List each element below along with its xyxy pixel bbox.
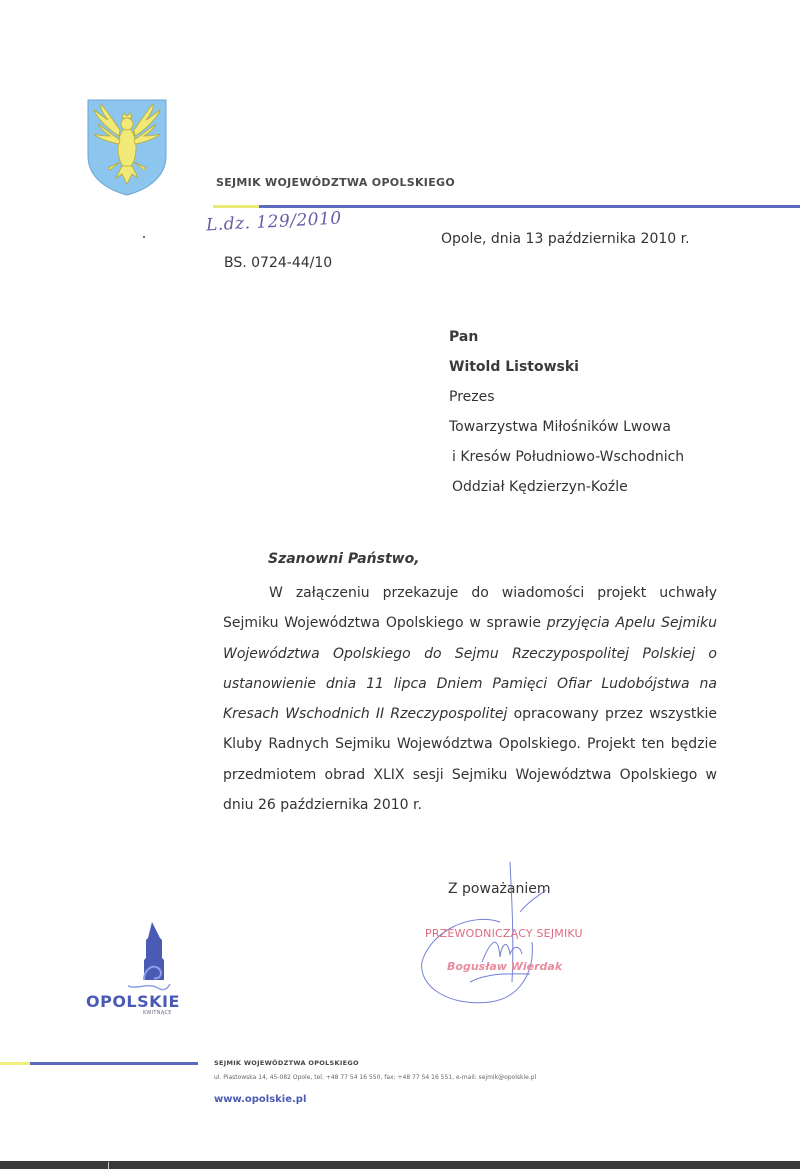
stamp-title: PRZEWODNICZĄCY SEJMIKU bbox=[425, 927, 583, 940]
stamp-name: Bogusław Wierdak bbox=[447, 960, 562, 973]
eagle-coat-of-arms-icon bbox=[86, 98, 168, 196]
organization-name: SEJMIK WOJEWÓDZTWA OPOLSKIEGO bbox=[216, 176, 455, 189]
reference-number: BS. 0724-44/10 bbox=[224, 255, 332, 271]
letter-body: W załączeniu przekazuje do wiadomości pr… bbox=[223, 578, 717, 820]
place-date: Opole, dnia 13 października 2010 r. bbox=[441, 231, 690, 247]
scan-edge-mark bbox=[108, 1162, 109, 1169]
footer-website-link[interactable]: www.opolskie.pl bbox=[214, 1094, 306, 1105]
footer-address: ul. Piastowska 14, 45-082 Opole, tel. +4… bbox=[214, 1074, 536, 1081]
scan-mark bbox=[143, 236, 145, 238]
recipient-org-line-1: Towarzystwa Miłośników Lwowa bbox=[449, 419, 671, 435]
letter-greeting: Szanowni Państwo, bbox=[268, 551, 420, 567]
recipient-name: Witold Listowski bbox=[449, 359, 579, 375]
recipient-org-line-2: i Kresów Południowo-Wschodnich bbox=[452, 449, 684, 465]
opolskie-logo-name: OPOLSKIE bbox=[86, 992, 180, 1011]
footer-accent-line-yellow bbox=[0, 1062, 30, 1065]
footer-organization: SEJMIK WOJEWÓDZTWA OPOLSKIEGO bbox=[214, 1059, 359, 1067]
header-accent-line-yellow bbox=[213, 205, 259, 208]
scan-bottom-edge bbox=[0, 1161, 800, 1169]
recipient-title: Prezes bbox=[449, 389, 495, 405]
footer-accent-line-blue bbox=[30, 1062, 198, 1065]
recipient-org-line-3: Oddział Kędzierzyn-Koźle bbox=[452, 479, 628, 495]
handwritten-registry-note: L.dz. 129/2010 bbox=[206, 208, 343, 235]
letter-body-part-2: opracowany przez wszystkie Kluby Radnych… bbox=[223, 706, 717, 813]
opolskie-logo-tagline: KWITNĄCE bbox=[143, 1010, 172, 1016]
recipient-salutation: Pan bbox=[449, 329, 478, 345]
